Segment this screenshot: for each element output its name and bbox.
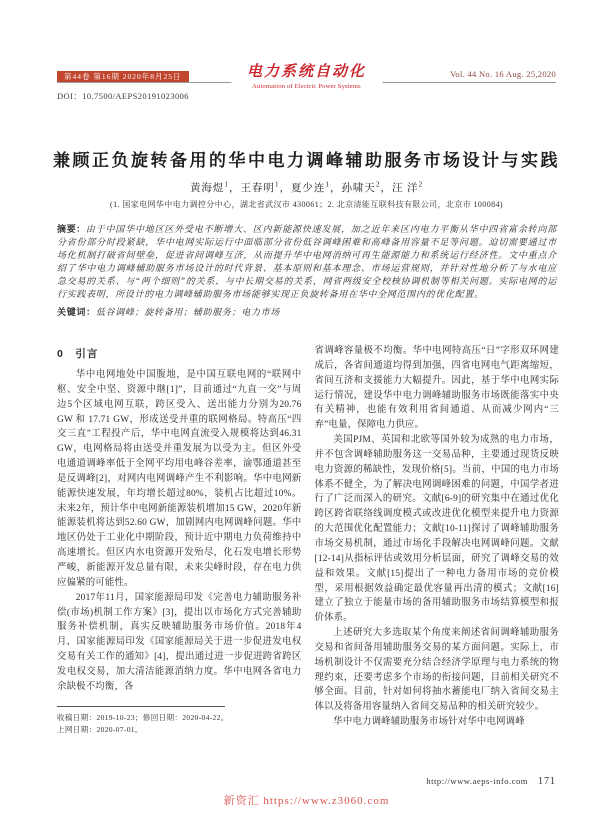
journal-name-cn: 电力系统自动化	[247, 63, 366, 81]
section-heading: 0 引言	[57, 346, 302, 361]
body-paragraph: 华中电网地处中国腹地，是中国互联电网的“联网中枢、安全中坚、资源中继[1]”，目…	[57, 368, 302, 591]
right-paragraphs: 省调峰容量极不均衡。华中电网特高压“日”字形双环网建成后，各省间通道均得到加强，…	[315, 344, 560, 730]
footnote-lines: 收稿日期：2019-10-23；修回日期：2020-04-22。上网日期：202…	[57, 712, 302, 736]
watermark-text[interactable]: 新资汇 https://www.z3060.com	[0, 792, 613, 808]
paper-title: 兼顾正负旋转备用的华中电力调峰辅助服务市场设计与实践	[30, 146, 583, 171]
abstract-label: 摘要：	[57, 224, 86, 234]
body-paragraph: 上述研究大多选取某个角度来阐述省间调峰辅助服务交易和省间备用辅助服务交易的某方面…	[315, 626, 560, 715]
abstract-block: 摘要：由于中国华中地区区外受电不断增大、区内新能源快速发展，加之近年来区内电力平…	[57, 223, 557, 318]
journal-header: 第44卷 第16期 2020年8月25日 DOI：10.7500/AEPS201…	[57, 66, 556, 108]
body-paragraph: 华中电力调峰辅助服务市场针对华中电网调峰	[315, 715, 560, 730]
keywords-label: 关键词：	[57, 307, 96, 317]
author-name: 黄海煜1	[190, 183, 229, 194]
page-number: 171	[538, 776, 556, 787]
keywords-text: 低谷调峰；旋转备用；辅助服务；电力市场	[96, 307, 280, 317]
footnote-line: 上网日期：2020-07-01。	[57, 724, 302, 736]
journal-url[interactable]: http://www.aeps-info.com	[426, 776, 528, 786]
left-paragraphs: 华中电网地处中国腹地，是中国互联电网的“联网中枢、安全中坚、资源中继[1]”，目…	[57, 368, 302, 695]
paper-page: 第44卷 第16期 2020年8月25日 DOI：10.7500/AEPS201…	[0, 0, 613, 825]
abstract-text: 由于中国华中地区区外受电不断增大、区内新能源快速发展，加之近年来区内电力平衡从华…	[57, 224, 557, 299]
left-column: 0 引言 华中电网地处中国腹地，是中国互联电网的“联网中枢、安全中坚、资源中继[…	[57, 344, 302, 736]
footnote-block: 收稿日期：2019-10-23；修回日期：2020-04-22。上网日期：202…	[57, 702, 302, 736]
volume-info: Vol. 44 No. 16 Aug. 25,2020	[450, 69, 556, 79]
keywords-line: 关键词：低谷调峰；旋转备用；辅助服务；电力市场	[57, 305, 557, 318]
authors-line: 黄海煜1，王春明1，夏少连1，孙啸天2，汪 洋2	[0, 180, 613, 195]
footnote-divider	[57, 706, 225, 707]
doi-text: DOI：10.7500/AEPS20191023006	[57, 90, 556, 102]
page-footer: http://www.aeps-info.com171	[426, 776, 556, 787]
affiliation-line: (1. 国家电网华中电力调控分中心，湖北省武汉市 430061；2. 北京清能互…	[0, 199, 613, 210]
abstract-paragraph: 摘要：由于中国华中地区区外受电不断增大、区内新能源快速发展，加之近年来区内电力平…	[57, 223, 557, 300]
journal-name-en: Automation of Electric Power Systems	[247, 83, 366, 90]
body-paragraph: 省调峰容量极不均衡。华中电网特高压“日”字形双环网建成后，各省间通道均得到加强，…	[315, 344, 560, 433]
author-name: 王春明1	[240, 183, 279, 194]
body-paragraph: 美国PJM、英国和北欧等国外较为成熟的电力市场，并不包含调峰辅助服务这一交易品种…	[315, 433, 560, 626]
journal-logo: 电力系统自动化 Automation of Electric Power Sys…	[231, 63, 382, 90]
footnote-line: 收稿日期：2019-10-23；修回日期：2020-04-22。	[57, 712, 302, 724]
author-name: 孙啸天2	[341, 183, 380, 194]
right-column: 省调峰容量极不均衡。华中电网特高压“日”字形双环网建成后，各省间通道均得到加强，…	[315, 344, 560, 736]
author-name: 汪 洋2	[392, 183, 423, 194]
body-columns: 0 引言 华中电网地处中国腹地，是中国互联电网的“联网中枢、安全中坚、资源中继[…	[57, 344, 559, 736]
author-name: 夏少连1	[291, 183, 330, 194]
body-paragraph: 2017年11月，国家能源局印发《完善电力辅助服务补偿(市场)机制工作方案》[3…	[57, 591, 302, 695]
